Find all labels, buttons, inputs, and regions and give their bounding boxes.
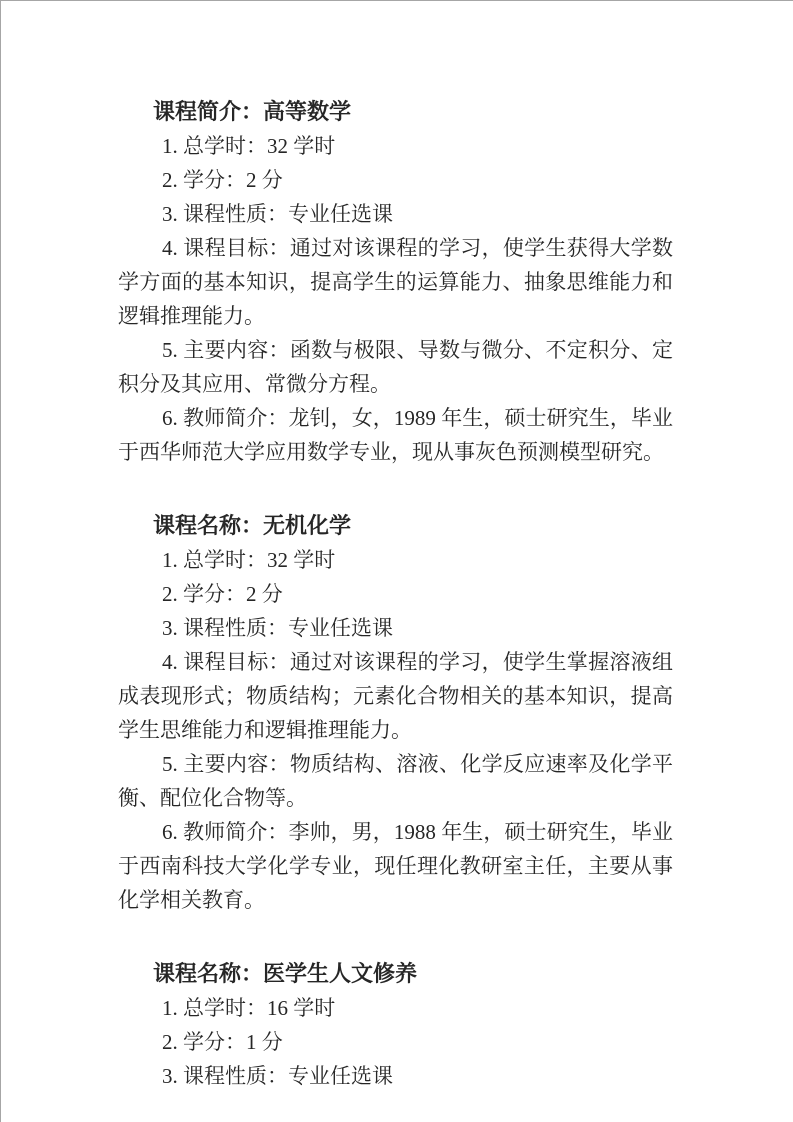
- course-item-credits: 2. 学分：2 分: [118, 577, 673, 611]
- course-item-teacher: 6. 教师简介：李帅，男，1988 年生，硕士研究生，毕业于西南科技大学化学专业…: [118, 815, 673, 917]
- course-item-content: 5. 主要内容：物质结构、溶液、化学反应速率及化学平衡、配位化合物等。: [118, 747, 673, 815]
- course-item-credits: 2. 学分：2 分: [118, 163, 673, 197]
- course-item-objective: 4. 课程目标：通过对该课程的学习，使学生获得大学数学方面的基本知识，提高学生的…: [118, 231, 673, 333]
- course-item-nature: 3. 课程性质：专业任选课: [118, 611, 673, 645]
- course-item-nature: 3. 课程性质：专业任选课: [118, 197, 673, 231]
- course-section-advanced-math: 课程简介：高等数学 1. 总学时：32 学时 2. 学分：2 分 3. 课程性质…: [118, 95, 673, 469]
- course-item-nature: 3. 课程性质：专业任选课: [118, 1059, 673, 1093]
- course-item-content: 5. 主要内容：函数与极限、导数与微分、不定积分、定积分及其应用、常微分方程。: [118, 333, 673, 401]
- document-page: 课程简介：高等数学 1. 总学时：32 学时 2. 学分：2 分 3. 课程性质…: [0, 0, 793, 1122]
- course-item-total-hours: 1. 总学时：32 学时: [118, 129, 673, 163]
- course-heading: 课程名称：无机化学: [118, 509, 673, 543]
- course-item-total-hours: 1. 总学时：32 学时: [118, 543, 673, 577]
- course-item-credits: 2. 学分：1 分: [118, 1025, 673, 1059]
- course-section-inorganic-chemistry: 课程名称：无机化学 1. 总学时：32 学时 2. 学分：2 分 3. 课程性质…: [118, 509, 673, 917]
- course-section-medical-humanities: 课程名称：医学生人文修养 1. 总学时：16 学时 2. 学分：1 分 3. 课…: [118, 957, 673, 1093]
- course-heading: 课程简介：高等数学: [118, 95, 673, 129]
- course-item-total-hours: 1. 总学时：16 学时: [118, 991, 673, 1025]
- course-item-objective: 4. 课程目标：通过对该课程的学习，使学生掌握溶液组成表现形式；物质结构；元素化…: [118, 645, 673, 747]
- course-item-teacher: 6. 教师简介：龙钊，女，1989 年生，硕士研究生，毕业于西华师范大学应用数学…: [118, 401, 673, 469]
- course-heading: 课程名称：医学生人文修养: [118, 957, 673, 991]
